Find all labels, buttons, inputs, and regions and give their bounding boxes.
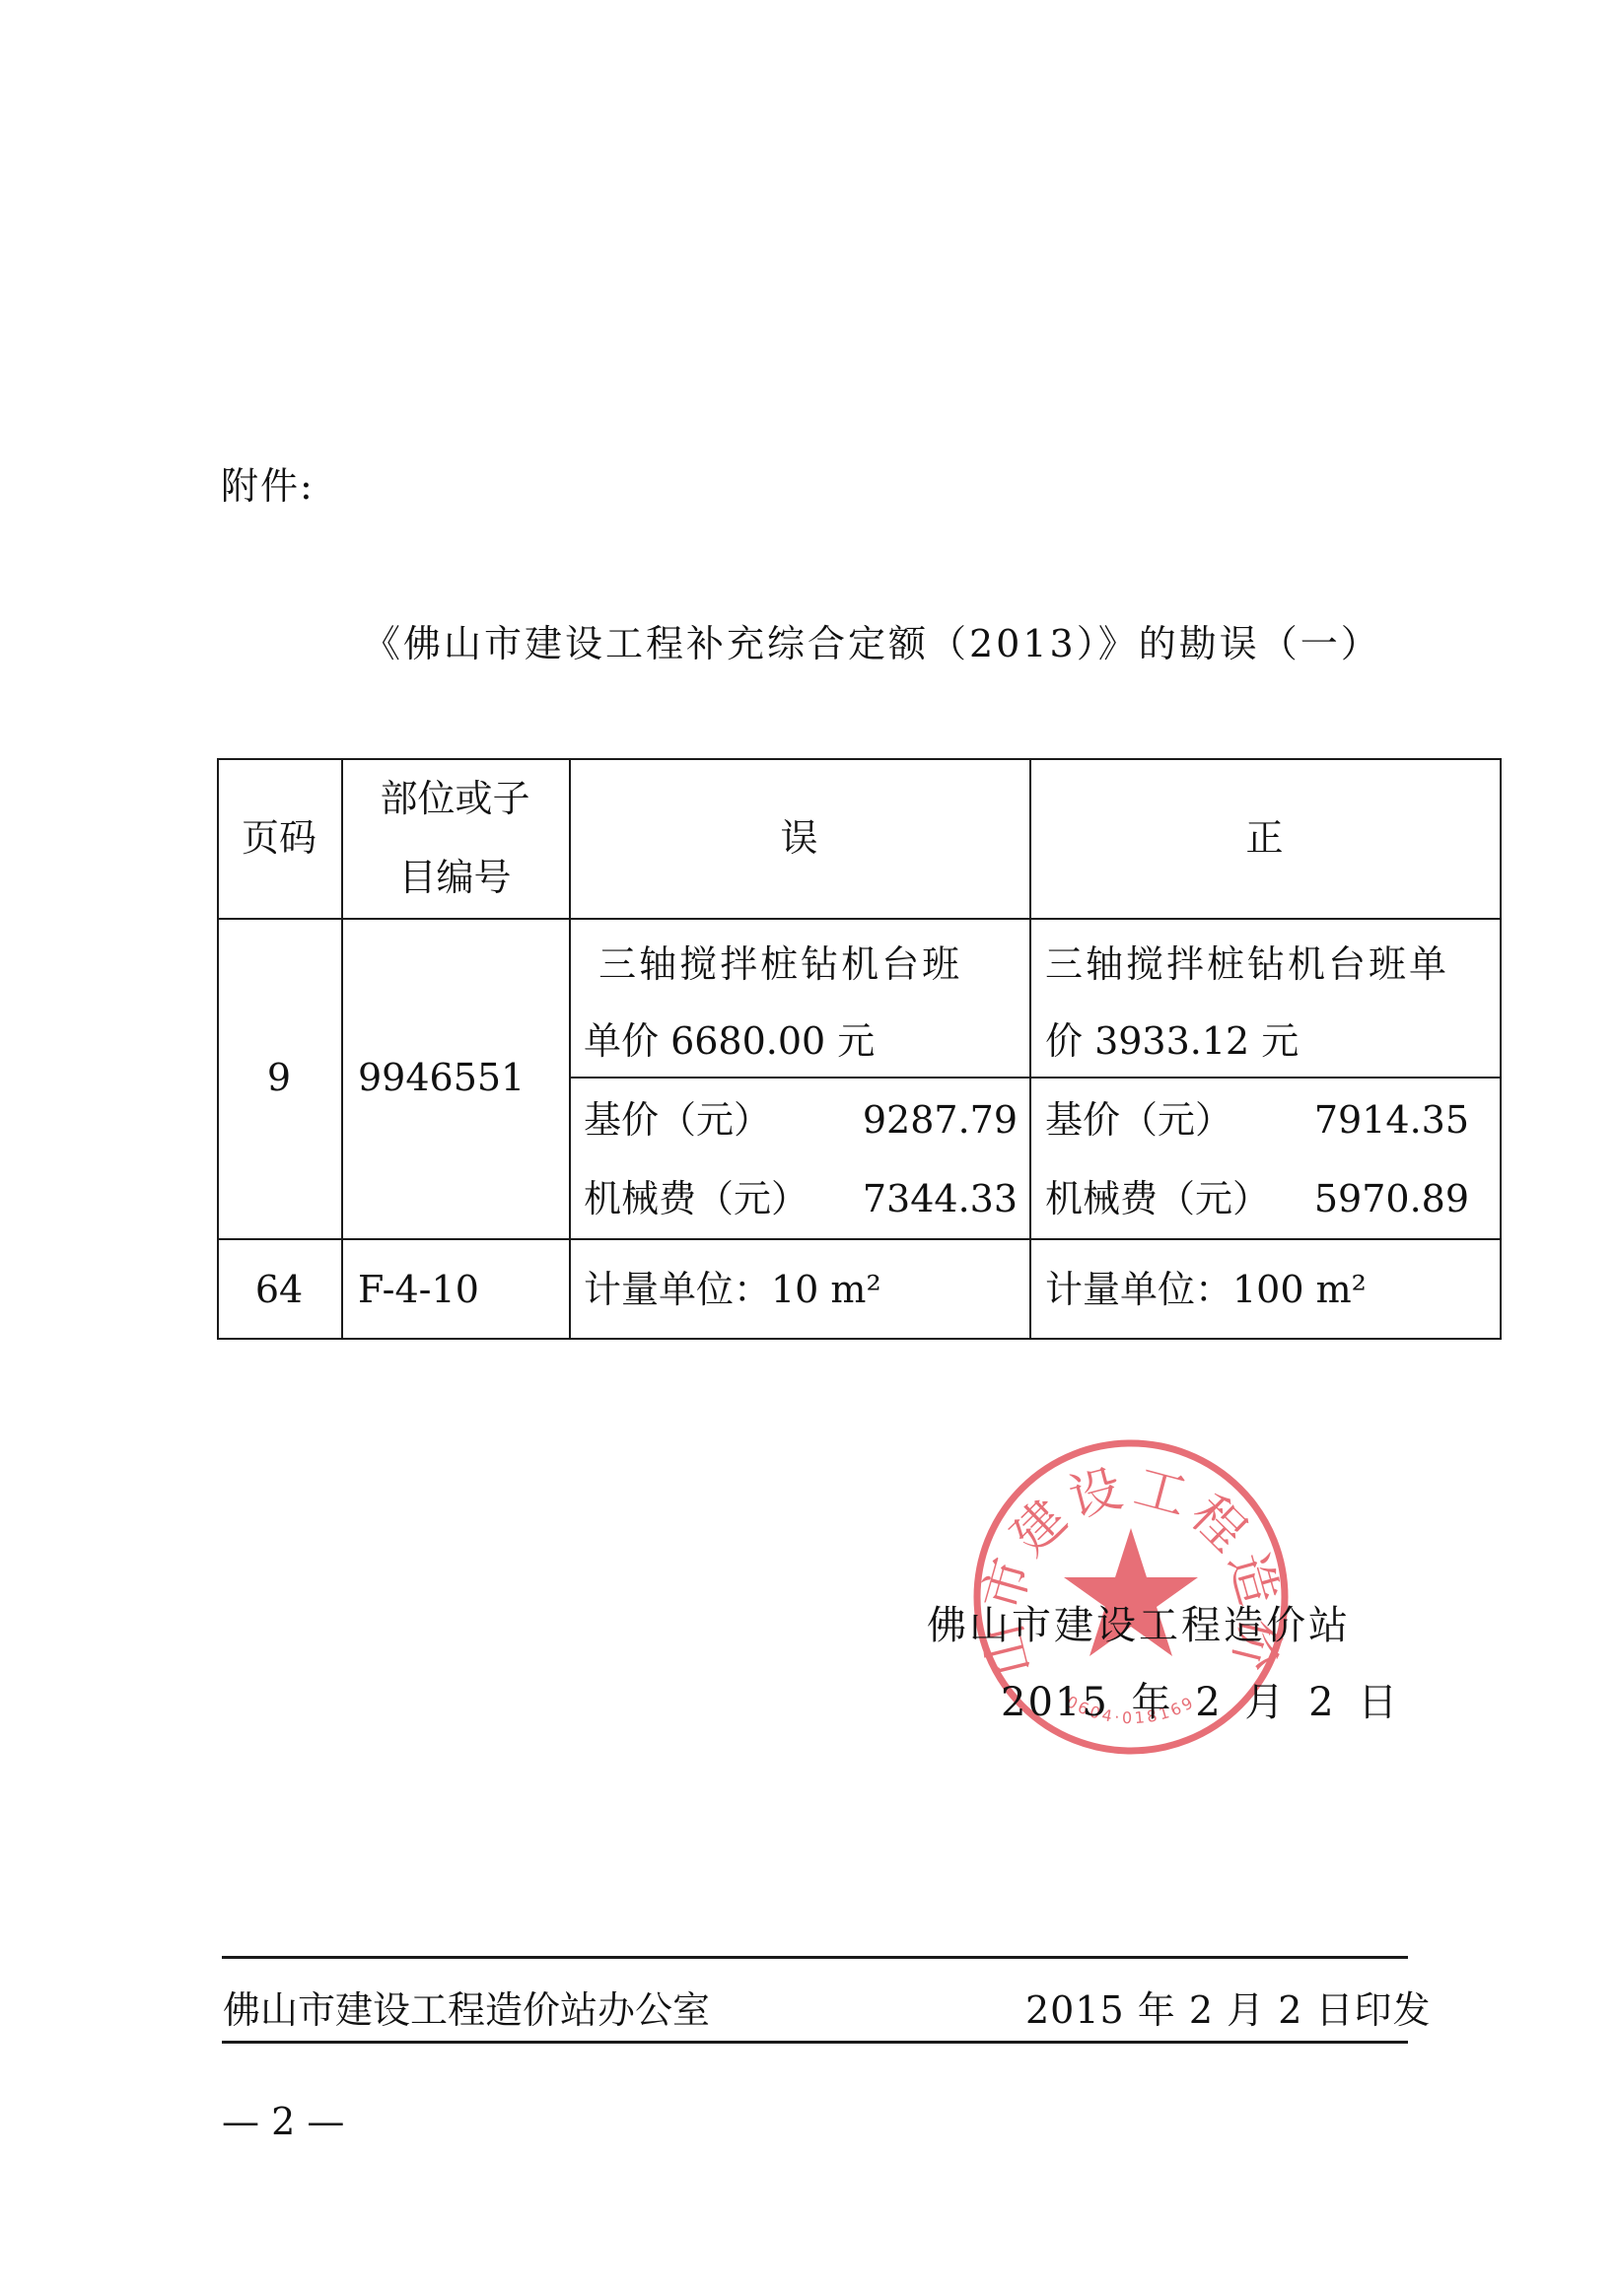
machine-fee-label: 机械费（元）: [584, 1180, 808, 1218]
row1-correct-desc-line2: 价 3933.12 元: [1045, 1022, 1299, 1060]
base-price-label: 基价（元）: [584, 1101, 771, 1139]
table-border-top: [217, 758, 1502, 760]
row2-code: F-4-10: [358, 1271, 479, 1308]
row1-correct-desc-line1: 三轴搅拌桩钻机台班单: [1045, 945, 1449, 983]
base-price-value: 9287.79: [863, 1101, 1018, 1139]
row1-wrong-desc-line2: 单价 6680.00 元: [584, 1022, 875, 1060]
footer-top-rule: [222, 1956, 1408, 1959]
row2-wrong-unit: 计量单位：10 m²: [584, 1271, 881, 1308]
machine-fee-label: 机械费（元）: [1045, 1180, 1270, 1218]
row1-wrong-desc-line1: 三轴搅拌桩钻机台班: [584, 945, 962, 983]
base-price-label: 基价（元）: [1045, 1101, 1232, 1139]
row-divider: [217, 1238, 1502, 1240]
document-title: 《佛山市建设工程补充综合定额（2013）》的勘误（一）: [363, 613, 1381, 667]
signature-organization: 佛山市建设工程造价站: [927, 1594, 1351, 1650]
row1-wrong-machine-fee: 机械费（元） 7344.33: [584, 1180, 1018, 1218]
footer-issue-date: 2015 年 2 月 2 日印发: [1025, 1980, 1431, 2034]
row2-page: 64: [217, 1271, 341, 1308]
attachment-label: 附件:: [221, 455, 315, 510]
row1-page: 9: [217, 1059, 341, 1096]
header-code-line1: 部位或子: [341, 780, 569, 817]
row1-subdivider: [569, 1077, 1502, 1078]
signature-date: 2015 年 2 月 2 日: [1001, 1671, 1399, 1727]
machine-fee-value: 7344.33: [863, 1180, 1018, 1218]
table-border-bottom: [217, 1338, 1502, 1340]
footer-issuer: 佛山市建设工程造价站办公室: [223, 1980, 710, 2034]
errata-table: 页码 部位或子 目编号 误 正 9 9946551 三轴搅拌桩钻机台班 单价 6…: [217, 758, 1502, 1340]
header-wrong: 误: [569, 819, 1029, 857]
header-divider: [217, 918, 1502, 920]
base-price-value: 7914.35: [1314, 1101, 1469, 1139]
row1-code: 9946551: [358, 1059, 525, 1096]
header-correct: 正: [1029, 819, 1500, 857]
machine-fee-value: 5970.89: [1314, 1180, 1469, 1218]
header-page: 页码: [217, 819, 341, 857]
table-border-right: [1500, 758, 1502, 1340]
page-number: — 2 —: [222, 2100, 344, 2143]
row1-correct-base-price: 基价（元） 7914.35: [1045, 1101, 1469, 1139]
header-code-line2: 目编号: [341, 859, 569, 896]
row2-correct-unit: 计量单位：100 m²: [1045, 1271, 1367, 1308]
row1-correct-machine-fee: 机械费（元） 5970.89: [1045, 1180, 1469, 1218]
row1-wrong-base-price: 基价（元） 9287.79: [584, 1101, 1018, 1139]
col-divider-1: [341, 758, 343, 1340]
footer-bottom-rule: [222, 2041, 1408, 2044]
